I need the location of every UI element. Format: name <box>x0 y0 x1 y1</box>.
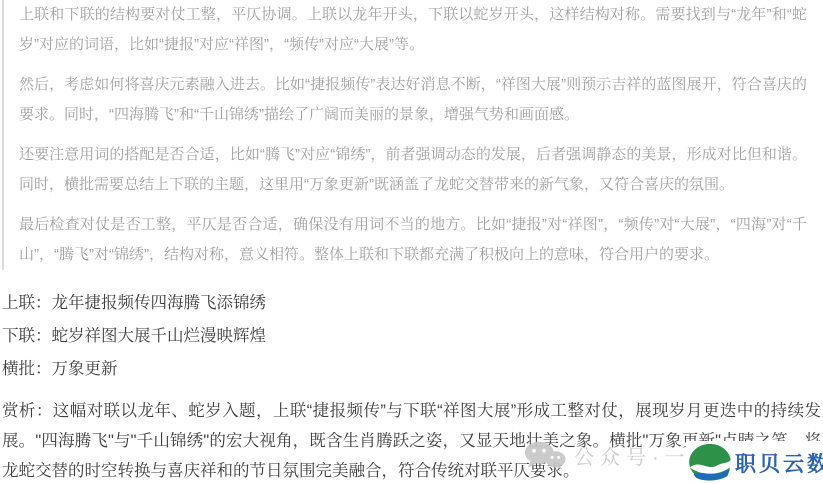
chat-response-document: 上联和下联的结构要对仗工整，平仄协调。上联以龙年开头，下联以蛇岁开头，这样结构对… <box>2 0 821 484</box>
banner-text: 万象更新 <box>52 360 118 378</box>
lower-couplet-line: 下联：蛇岁祥图大展千山烂漫映辉煌 <box>2 320 821 353</box>
reasoning-paragraph-4: 最后检查对仗是否工整，平仄是否合适，确保没有用词不当的地方。比如“捷报”对“祥图… <box>19 210 807 270</box>
reasoning-paragraph-3: 还要注意用词的搭配是否合适，比如“腾飞”对应“锦绣”，前者强调动态的发展，后者强… <box>19 140 807 200</box>
upper-couplet-label: 上联： <box>2 294 52 312</box>
green-globe-wave-icon <box>688 443 732 483</box>
banner-label: 横批： <box>2 360 52 378</box>
reasoning-paragraph-1: 上联和下联的结构要对仗工整，平仄协调。上联以龙年开头，下联以蛇岁开头，这样结构对… <box>19 0 807 60</box>
brand-logo: 职贝云数 <box>686 441 823 484</box>
analysis-label: 赏析： <box>2 402 53 420</box>
reasoning-quote-block: 上联和下联的结构要对仗工整，平仄协调。上联以龙年开头，下联以蛇岁开头，这样结构对… <box>2 0 821 270</box>
lower-couplet-label: 下联： <box>2 327 52 345</box>
reasoning-paragraph-2: 然后，考虑如何将喜庆元素融入进去。比如“捷报频传”表达好消息不断，“祥图大展”则… <box>19 70 807 130</box>
banner-line: 横批：万象更新 <box>2 353 821 386</box>
brand-logo-text: 职贝云数 <box>735 448 823 478</box>
upper-couplet-text: 龙年捷报频传四海腾飞添锦绣 <box>52 294 267 312</box>
lower-couplet-text: 蛇岁祥图大展千山烂漫映辉煌 <box>52 327 267 345</box>
upper-couplet-line: 上联：龙年捷报频传四海腾飞添锦绣 <box>2 287 821 320</box>
couplet-result: 上联：龙年捷报频传四海腾飞添锦绣 下联：蛇岁祥图大展千山烂漫映辉煌 横批：万象更… <box>2 287 821 386</box>
